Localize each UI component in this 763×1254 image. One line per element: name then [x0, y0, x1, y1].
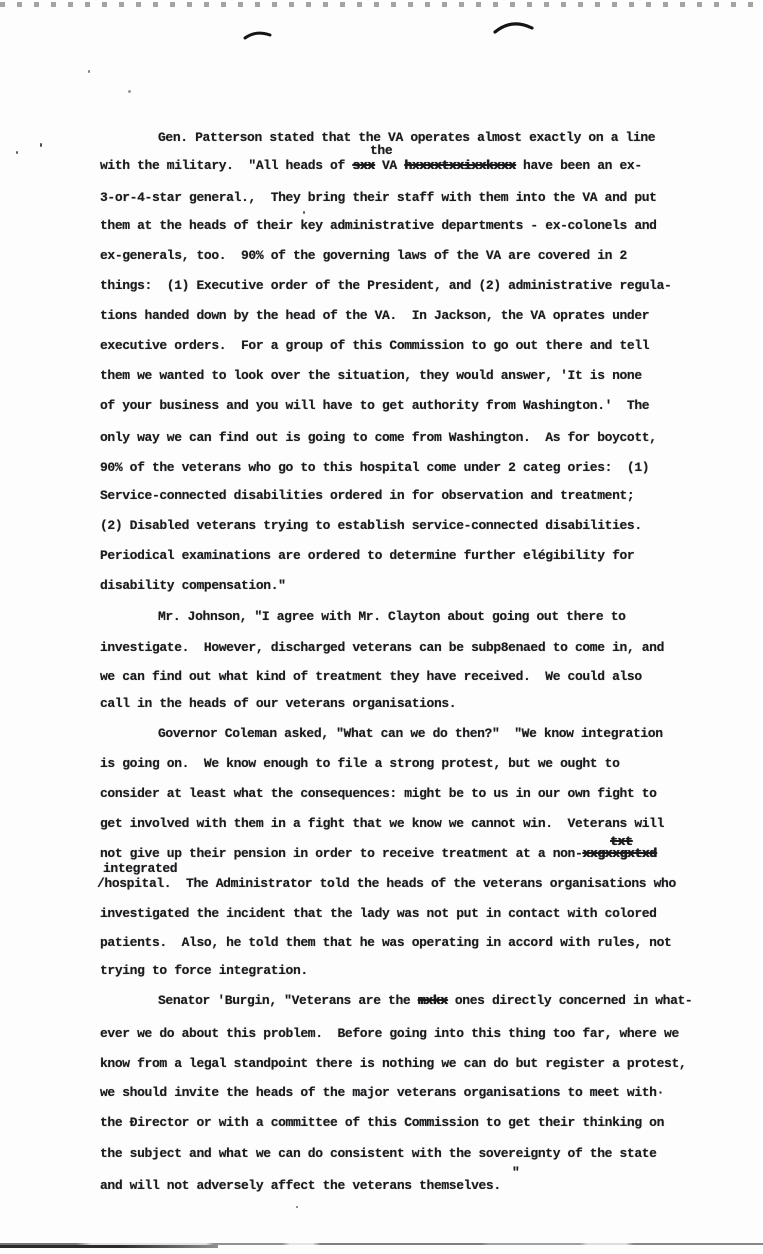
- typed-line: we can find out what kind of treatment t…: [100, 670, 642, 684]
- typed-text: patients. Also, he told them that he was…: [100, 935, 671, 950]
- ink-speck: [128, 90, 131, 93]
- typed-line: with the military. "All heads of sxx VA …: [100, 159, 642, 173]
- perforation-edge: [0, 2, 763, 7]
- typed-text: and will not adversely affect the vetera…: [100, 1178, 501, 1193]
- typed-text: 90% of the veterans who go to this hospi…: [100, 460, 649, 475]
- pen-mark-icon: [243, 27, 273, 41]
- typed-text: know from a legal standpoint there is no…: [100, 1056, 686, 1071]
- typed-line: ": [512, 1166, 519, 1180]
- typed-line: investigated the incident that the lady …: [100, 907, 657, 921]
- typed-line: investigate. However, discharged veteran…: [100, 641, 664, 655]
- strikethrough-text: xxgxxgxtxd: [582, 846, 656, 861]
- typed-text: the: [370, 143, 392, 158]
- typed-line: consider at least what the consequences:…: [100, 787, 657, 801]
- typed-line: trying to force integration.: [100, 964, 308, 978]
- ink-speck: [296, 1206, 298, 1208]
- typed-text: ever we do about this problem. Before go…: [100, 1026, 679, 1041]
- typed-line: Senator 'Burgin, "Veterans are the mxkx …: [158, 994, 692, 1008]
- typed-line: (2) Disabled veterans trying to establis…: [100, 519, 642, 533]
- typed-text: the subject and what we can do consisten…: [100, 1146, 657, 1161]
- typed-text: get involved with them in a fight that w…: [100, 816, 664, 831]
- pen-mark-icon: [492, 17, 536, 35]
- typed-text: Governor Coleman asked, "What can we do …: [158, 726, 663, 741]
- typed-line: is going on. We know enough to file a st…: [100, 757, 620, 771]
- typed-line: only way we can find out is going to com…: [100, 431, 657, 445]
- typed-text: only way we can find out is going to com…: [100, 430, 657, 445]
- typed-line: the subject and what we can do consisten…: [100, 1147, 657, 1161]
- typed-line: things: (1) Executive order of the Presi…: [100, 279, 671, 293]
- typed-line: tions handed down by the head of the VA.…: [100, 309, 649, 323]
- typed-text: Senator 'Burgin, "Veterans are the: [158, 993, 418, 1008]
- typed-line: disability compensation.": [100, 579, 286, 593]
- typed-text: with the military. "All heads of: [100, 158, 352, 173]
- typed-line: the Đirector or with a committee of this…: [100, 1116, 664, 1130]
- typed-line: know from a legal standpoint there is no…: [100, 1057, 686, 1071]
- typed-text: executive orders. For a group of this Co…: [100, 338, 649, 353]
- typed-line: Gen. Patterson stated that the VA operat…: [158, 131, 655, 145]
- scanned-page: Gen. Patterson stated that the VA operat…: [0, 0, 763, 1254]
- typed-line: we should invite the heads of the major …: [100, 1086, 664, 1100]
- typed-line: Periodical examinations are ordered to d…: [100, 549, 634, 563]
- typed-text: them at the heads of their key administr…: [100, 218, 657, 233]
- typed-line: of your business and you will have to ge…: [100, 399, 649, 413]
- typed-text: ones directly concerned in what-: [447, 993, 692, 1008]
- typed-line: them at the heads of their key administr…: [100, 219, 657, 233]
- typed-text: them we wanted to look over the situatio…: [100, 368, 642, 383]
- ink-speck: [16, 151, 18, 154]
- typed-text: call in the heads of our veterans organi…: [100, 696, 456, 711]
- typed-text: we can find out what kind of treatment t…: [100, 669, 642, 684]
- typed-text: tions handed down by the head of the VA.…: [100, 308, 649, 323]
- strikethrough-text: hxxxxtxxixxkxxx: [404, 158, 515, 173]
- typed-line: 3-or-4-star general., They bring their s…: [100, 191, 657, 205]
- typed-line: not give up their pension in order to re…: [100, 847, 657, 861]
- typed-text: Gen. Patterson stated that the VA operat…: [158, 130, 655, 145]
- strikethrough-text: sxx: [352, 158, 374, 173]
- typed-text: /hospital. The Administrator told the he…: [97, 876, 676, 891]
- typed-text: (2) Disabled veterans trying to establis…: [100, 518, 642, 533]
- typed-text: integrated: [103, 861, 177, 876]
- ink-speck: [88, 70, 90, 73]
- typed-text: we should invite the heads of the major …: [100, 1085, 664, 1100]
- typed-line: integrated: [103, 862, 177, 876]
- typed-line: the: [370, 144, 392, 158]
- typed-text: Mr. Johnson, "I agree with Mr. Clayton a…: [158, 609, 626, 624]
- typed-line: them we wanted to look over the situatio…: [100, 369, 642, 383]
- typed-line: 90% of the veterans who go to this hospi…: [100, 461, 649, 475]
- typed-line: Service-connected disabilities ordered i…: [100, 489, 634, 503]
- ink-speck: [303, 211, 305, 214]
- typed-text: disability compensation.": [100, 578, 286, 593]
- typed-text: VA: [375, 158, 405, 173]
- typed-text: 3-or-4-star general., They bring their s…: [100, 190, 657, 205]
- typed-text: have been an ex-: [516, 158, 642, 173]
- typed-text: not give up their pension in order to re…: [100, 846, 582, 861]
- typed-line: patients. Also, he told them that he was…: [100, 936, 671, 950]
- typed-line: and will not adversely affect the vetera…: [100, 1179, 501, 1193]
- typed-line: executive orders. For a group of this Co…: [100, 339, 649, 353]
- typed-line: /hospital. The Administrator told the he…: [97, 877, 676, 891]
- typed-text: Service-connected disabilities ordered i…: [100, 488, 634, 503]
- strikethrough-text: mxkx: [418, 993, 448, 1008]
- ink-speck: [40, 143, 42, 147]
- typed-text: ": [512, 1165, 519, 1180]
- typed-text: consider at least what the consequences:…: [100, 786, 657, 801]
- typed-line: call in the heads of our veterans organi…: [100, 697, 456, 711]
- typed-text: the Đirector or with a committee of this…: [100, 1115, 664, 1130]
- typed-text: investigate. However, discharged veteran…: [100, 640, 664, 655]
- typed-line: get involved with them in a fight that w…: [100, 817, 664, 831]
- typed-text: Periodical examinations are ordered to d…: [100, 548, 634, 563]
- typed-text: is going on. We know enough to file a st…: [100, 756, 620, 771]
- typed-line: ever we do about this problem. Before go…: [100, 1027, 679, 1041]
- typed-text: things: (1) Executive order of the Presi…: [100, 278, 671, 293]
- typed-text: investigated the incident that the lady …: [100, 906, 657, 921]
- typed-text: ex-generals, too. 90% of the governing l…: [100, 248, 627, 263]
- typed-line: Mr. Johnson, "I agree with Mr. Clayton a…: [158, 610, 626, 624]
- typed-line: Governor Coleman asked, "What can we do …: [158, 727, 663, 741]
- typed-line: ex-generals, too. 90% of the governing l…: [100, 249, 627, 263]
- typed-text: of your business and you will have to ge…: [100, 398, 649, 413]
- scan-edge-blot: [0, 1245, 218, 1248]
- typed-text: trying to force integration.: [100, 963, 308, 978]
